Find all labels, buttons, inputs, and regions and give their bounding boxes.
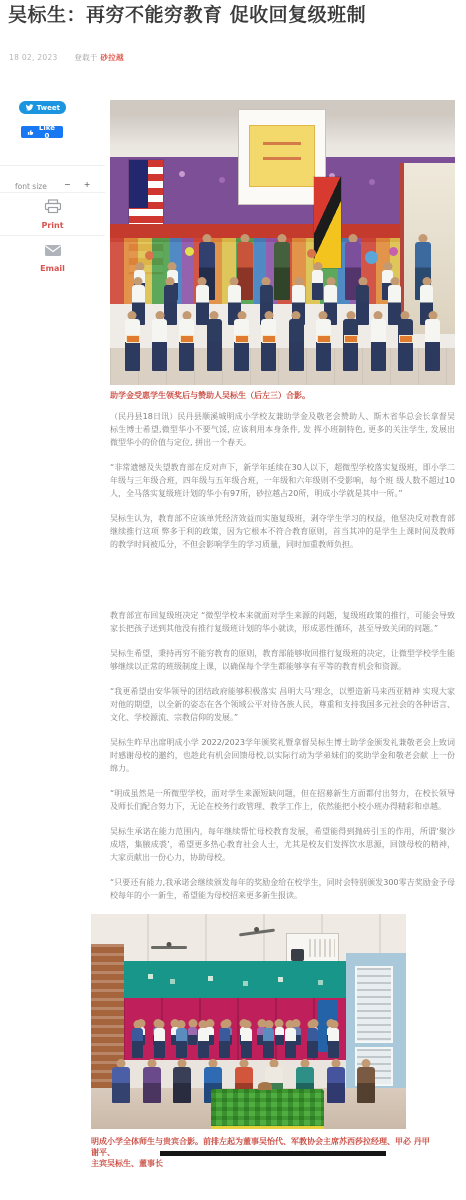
- article-text: （民丹县18日讯）民丹县顺溪城明成小学校友兼助学金及敬老会赞助人、斯木省华总会长…: [110, 410, 455, 902]
- facebook-like-button[interactable]: Like 0: [21, 126, 63, 138]
- font-size-control: font size − +: [0, 165, 105, 193]
- article-meta: 18 02, 2023 登载于 砂拉越: [9, 52, 124, 63]
- article-paragraph: “只要还有能力,我承诺会继续颁发每年的奖励金给在校学生，同时会特别颁发300零吉…: [110, 876, 455, 902]
- photo2-window: [355, 966, 394, 1043]
- person-figure: [397, 311, 414, 371]
- person-figure: [306, 1020, 319, 1058]
- cheque-card: [317, 335, 331, 343]
- photo2-teal-board: [123, 961, 350, 998]
- page-title: 吴标生：再穷不能穷教育 促收回复级班制: [8, 4, 460, 28]
- article-paragraph: 吴标生认为，教育部不应该单凭经济效益而实施复级班，剥夺学生学习的权益，他坚决反对…: [110, 512, 455, 551]
- person-figure: [197, 1020, 210, 1058]
- cheque-card: [344, 335, 358, 343]
- person-figure: [240, 1020, 253, 1058]
- person-figure: [260, 311, 277, 371]
- article-date: 18 02, 2023: [9, 53, 58, 62]
- person-figure: [111, 1059, 131, 1103]
- tweet-button-label: Tweet: [37, 104, 60, 112]
- thumbs-up-icon: [27, 128, 34, 136]
- printer-icon: [44, 199, 62, 214]
- ceiling-fan-icon: [151, 946, 187, 949]
- cheque-card: [180, 335, 194, 343]
- font-increase-button[interactable]: +: [84, 180, 91, 189]
- photo2-gift-table: [211, 1089, 324, 1129]
- cheque-card: [235, 335, 249, 343]
- email-button[interactable]: Email: [0, 235, 105, 273]
- article-paragraph: 吴标生昨早出席明成小学 2022/2023学年颁奖礼暨拿督吴标生博士助学金颁发礼…: [110, 736, 455, 775]
- like-button-label: Like 0: [37, 124, 57, 140]
- person-figure: [151, 311, 168, 371]
- cheque-card: [126, 335, 140, 343]
- article-body: 助学金受惠学生领奖后与赞助人吴标生（后左三）合影。 （民丹县18日讯）民丹县顺溪…: [110, 100, 455, 1169]
- person-figure: [233, 311, 250, 371]
- article-paragraph: （民丹县18日讯）民丹县顺溪城明成小学校友兼助学金及敬老会赞助人、斯木省华总会长…: [110, 410, 455, 449]
- twitter-bird-icon: [25, 103, 34, 112]
- article-paragraph: 吴标生希望，秉持再穷不能穷教育的原则，教育部能够收回推行复级班的决定，让微型学校…: [110, 647, 455, 673]
- person-figure: [315, 311, 332, 371]
- cheque-card: [399, 335, 413, 343]
- font-decrease-button[interactable]: −: [64, 180, 71, 189]
- photo2-middle-row: [123, 1020, 350, 1058]
- article-paragraph: 吴标生承诺在能力范围内，每年继续帮忙母校教育发展，希望能得到抛砖引玉的作用，所谓…: [110, 825, 455, 864]
- person-figure: [356, 1059, 376, 1103]
- article-paragraph: “非常遗憾及失望教育部在反对声下，新学年延续在30人以下，超微型学校落实复级班，…: [110, 461, 455, 500]
- cheque-card: [262, 335, 276, 343]
- person-figure: [175, 1020, 188, 1058]
- person-figure: [124, 311, 141, 371]
- font-size-label: font size: [15, 182, 47, 191]
- redaction-bar: [160, 1151, 386, 1156]
- article-paragraph: “我更希望由安华领导的团结政府能够积极落实 昌明大马’理念，以塑造新马来西亚精神…: [110, 685, 455, 724]
- person-figure: [142, 1059, 162, 1103]
- person-figure: [327, 1020, 340, 1058]
- article-page: 吴标生：再穷不能穷教育 促收回复级班制 18 02, 2023 登载于 砂拉越 …: [0, 0, 466, 1200]
- person-figure: [172, 1059, 192, 1103]
- person-figure: [424, 311, 441, 371]
- article-photo-assembly: [110, 100, 455, 385]
- article-paragraph: 教育部宣布回复级班决定 “微型学校本来就面对学生来源的问题，复级班政策的推行，可…: [110, 609, 455, 635]
- print-button[interactable]: Print: [0, 192, 105, 230]
- person-figure: [218, 1020, 231, 1058]
- person-figure: [262, 1020, 275, 1058]
- photo1-front-row: [113, 311, 451, 371]
- person-figure: [370, 311, 387, 371]
- person-figure: [326, 1059, 346, 1103]
- article-paragraph: “明成虽然是一所微型学校，面对学生来源短缺问题，但在招募新生方面都付出努力，在校…: [110, 787, 455, 813]
- article-photo-classroom: [91, 914, 406, 1129]
- person-figure: [206, 311, 223, 371]
- person-figure: [284, 1020, 297, 1058]
- photo2-caption: 明成小学全体师生与贵宾合影。前排左起为董事吴怡代、军教协会主席苏西莎拉经理、甲必…: [91, 1136, 436, 1169]
- tweet-button[interactable]: Tweet: [19, 101, 66, 114]
- person-figure: [131, 1020, 144, 1058]
- envelope-icon: [44, 244, 62, 257]
- published-prefix: 登载于: [74, 53, 97, 62]
- person-figure: [342, 311, 359, 371]
- photo2-caption-line2: 主宾吴标生、董事长: [91, 1159, 163, 1168]
- person-figure: [288, 311, 305, 371]
- photo1-caption: 助学金受惠学生领奖后与赞助人吴标生（后左三）合影。: [110, 390, 455, 401]
- photo2-board-decor: [148, 974, 153, 979]
- print-button-label: Print: [0, 221, 105, 230]
- person-figure: [178, 311, 195, 371]
- email-button-label: Email: [0, 264, 105, 273]
- person-figure: [153, 1020, 166, 1058]
- category-link-sarawak[interactable]: 砂拉越: [100, 53, 123, 62]
- photo1-slide: [249, 125, 315, 187]
